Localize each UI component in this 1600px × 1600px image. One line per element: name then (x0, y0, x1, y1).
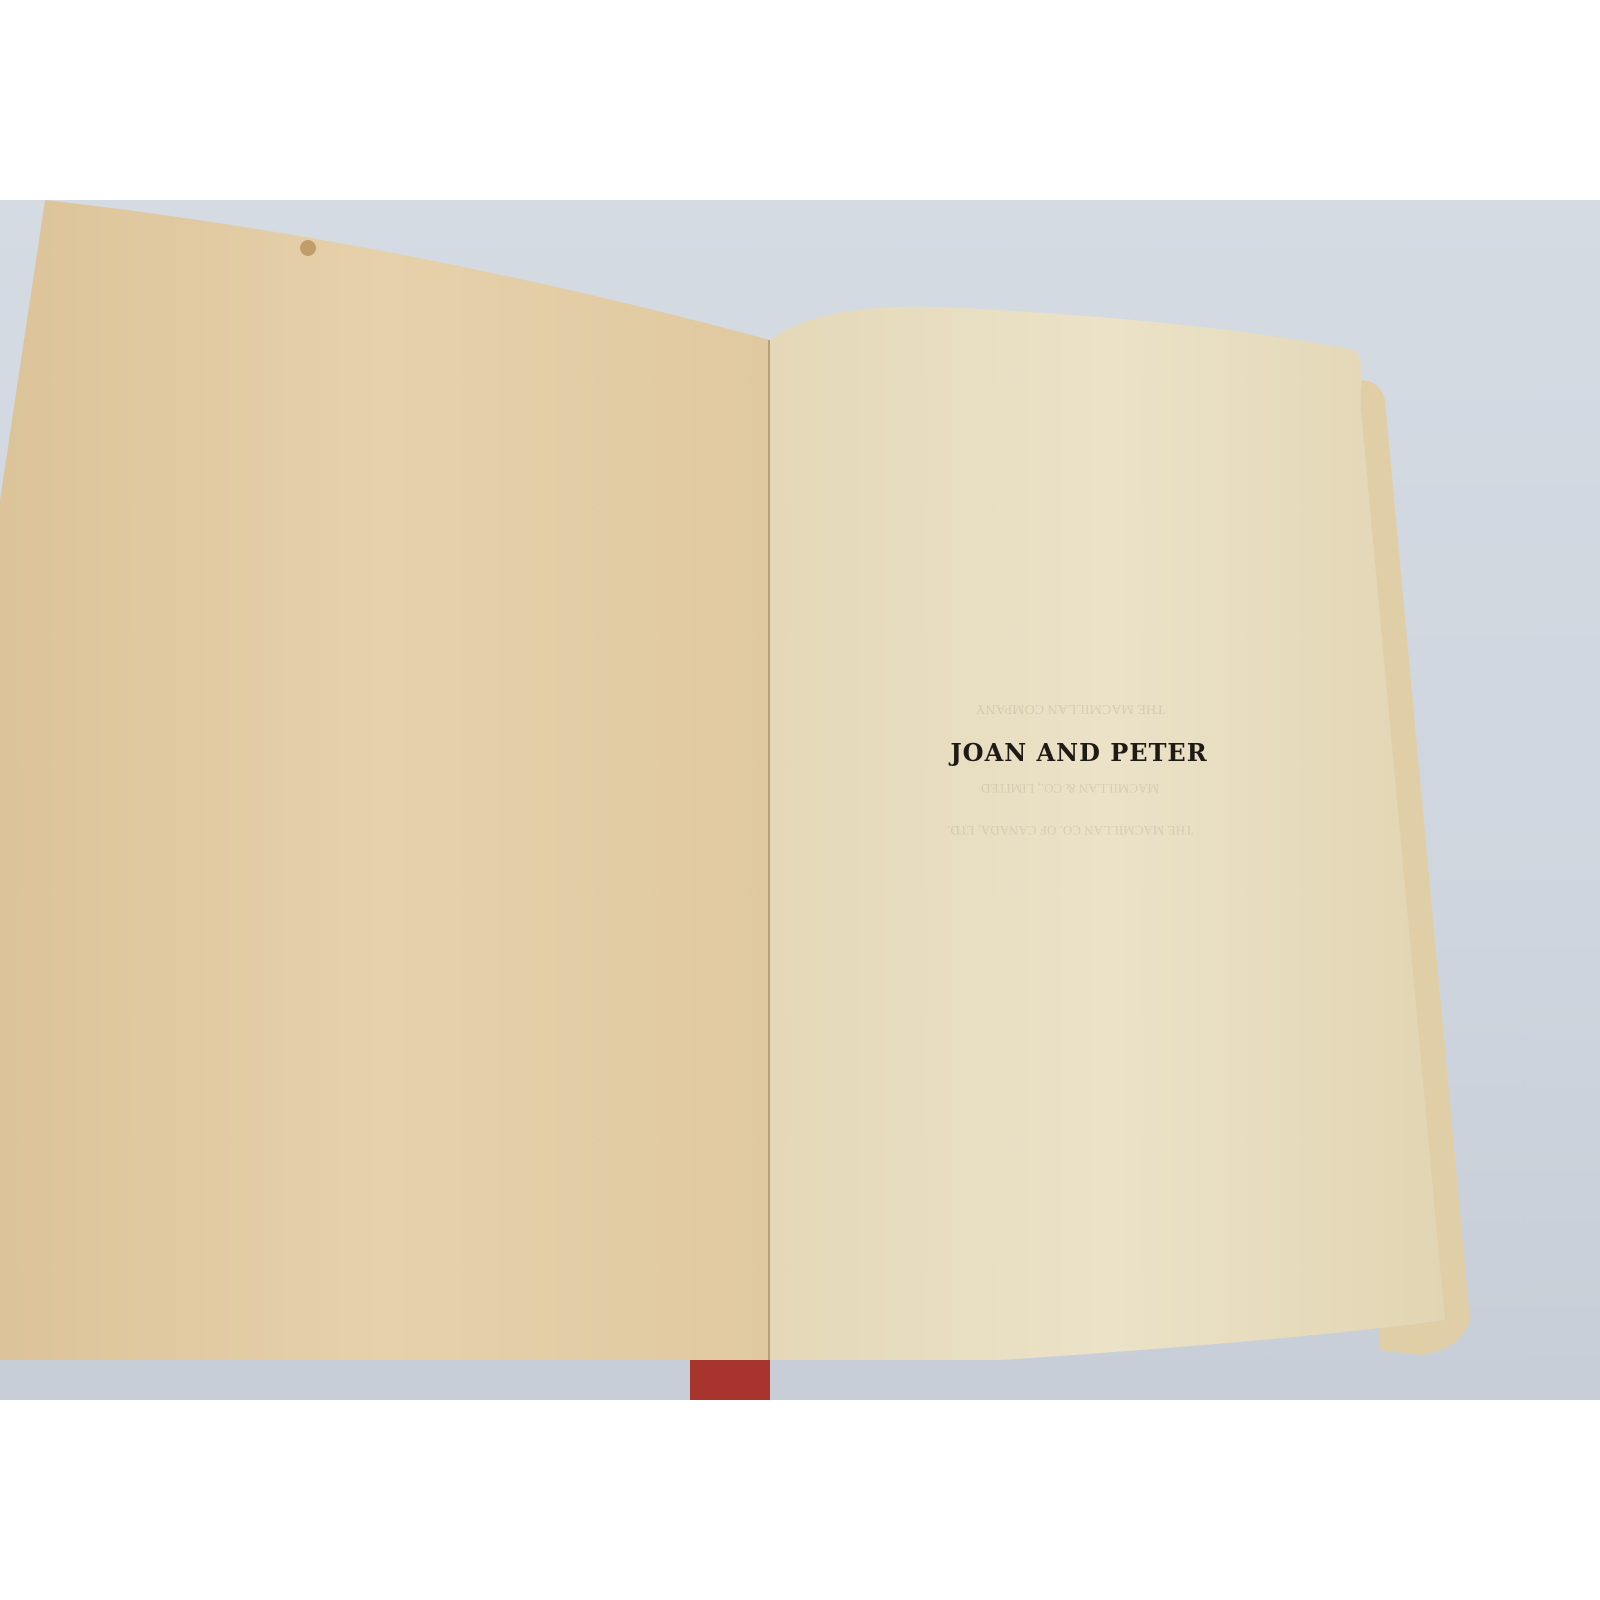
open-book-illustration (0, 200, 1600, 1400)
show-through-text: THE MACMILLAN CO. OF CANADA, LTD. (900, 822, 1240, 838)
show-through-text: THE MACMILLAN COMPANY (900, 700, 1240, 716)
book-photo: THE MACMILLAN COMPANY MACMILLAN & CO., L… (0, 200, 1600, 1400)
show-through-text: MACMILLAN & CO., LIMITED (900, 780, 1240, 796)
book-title: JOAN AND PETER (938, 738, 1220, 767)
